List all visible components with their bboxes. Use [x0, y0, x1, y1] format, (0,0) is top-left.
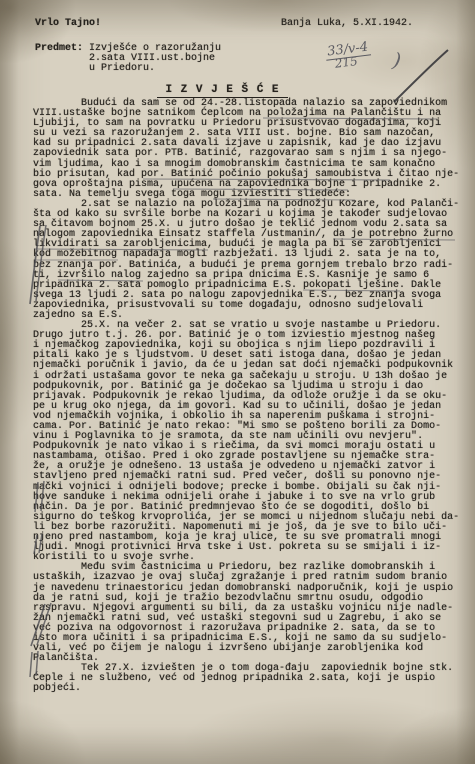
scanned-document-page: Vrlo Tajno! Banja Luka, 5.XI.1942. Predm…	[0, 0, 475, 764]
subject-line: u Priedoru.	[89, 63, 221, 73]
body-line: pobjeći.	[33, 684, 471, 694]
classification-label: Vrlo Tajno!	[35, 18, 101, 29]
dateline: Banja Luka, 5.XI.1942.	[281, 18, 413, 29]
subject-label: Predmet:	[35, 43, 89, 54]
report-body: Budući da sam se od 24.-28.listopada nal…	[33, 99, 471, 695]
document-title: I Z V J E Š Ć E	[0, 84, 445, 96]
subject-block: Predmet:Izvješće o razoružanju 2.sata VI…	[35, 43, 221, 73]
handwritten-reference-number: 33/v-4 215	[325, 41, 373, 70]
margin-mark	[30, 652, 32, 677]
handwritten-paren-mark: )	[391, 48, 403, 73]
subject-line: 2.sata VIII.ust.bojne	[89, 53, 221, 63]
body-line: Ćeple i ne službeno, već od jednog pripa…	[33, 674, 471, 684]
subject-line: Predmet:Izvješće o razoružanju	[35, 43, 221, 53]
body-line: ustaških, izazvao je ovaj slučaj zgražan…	[33, 573, 471, 583]
body-line: kod možebitnog napadaja mogli razbježati…	[33, 250, 471, 260]
